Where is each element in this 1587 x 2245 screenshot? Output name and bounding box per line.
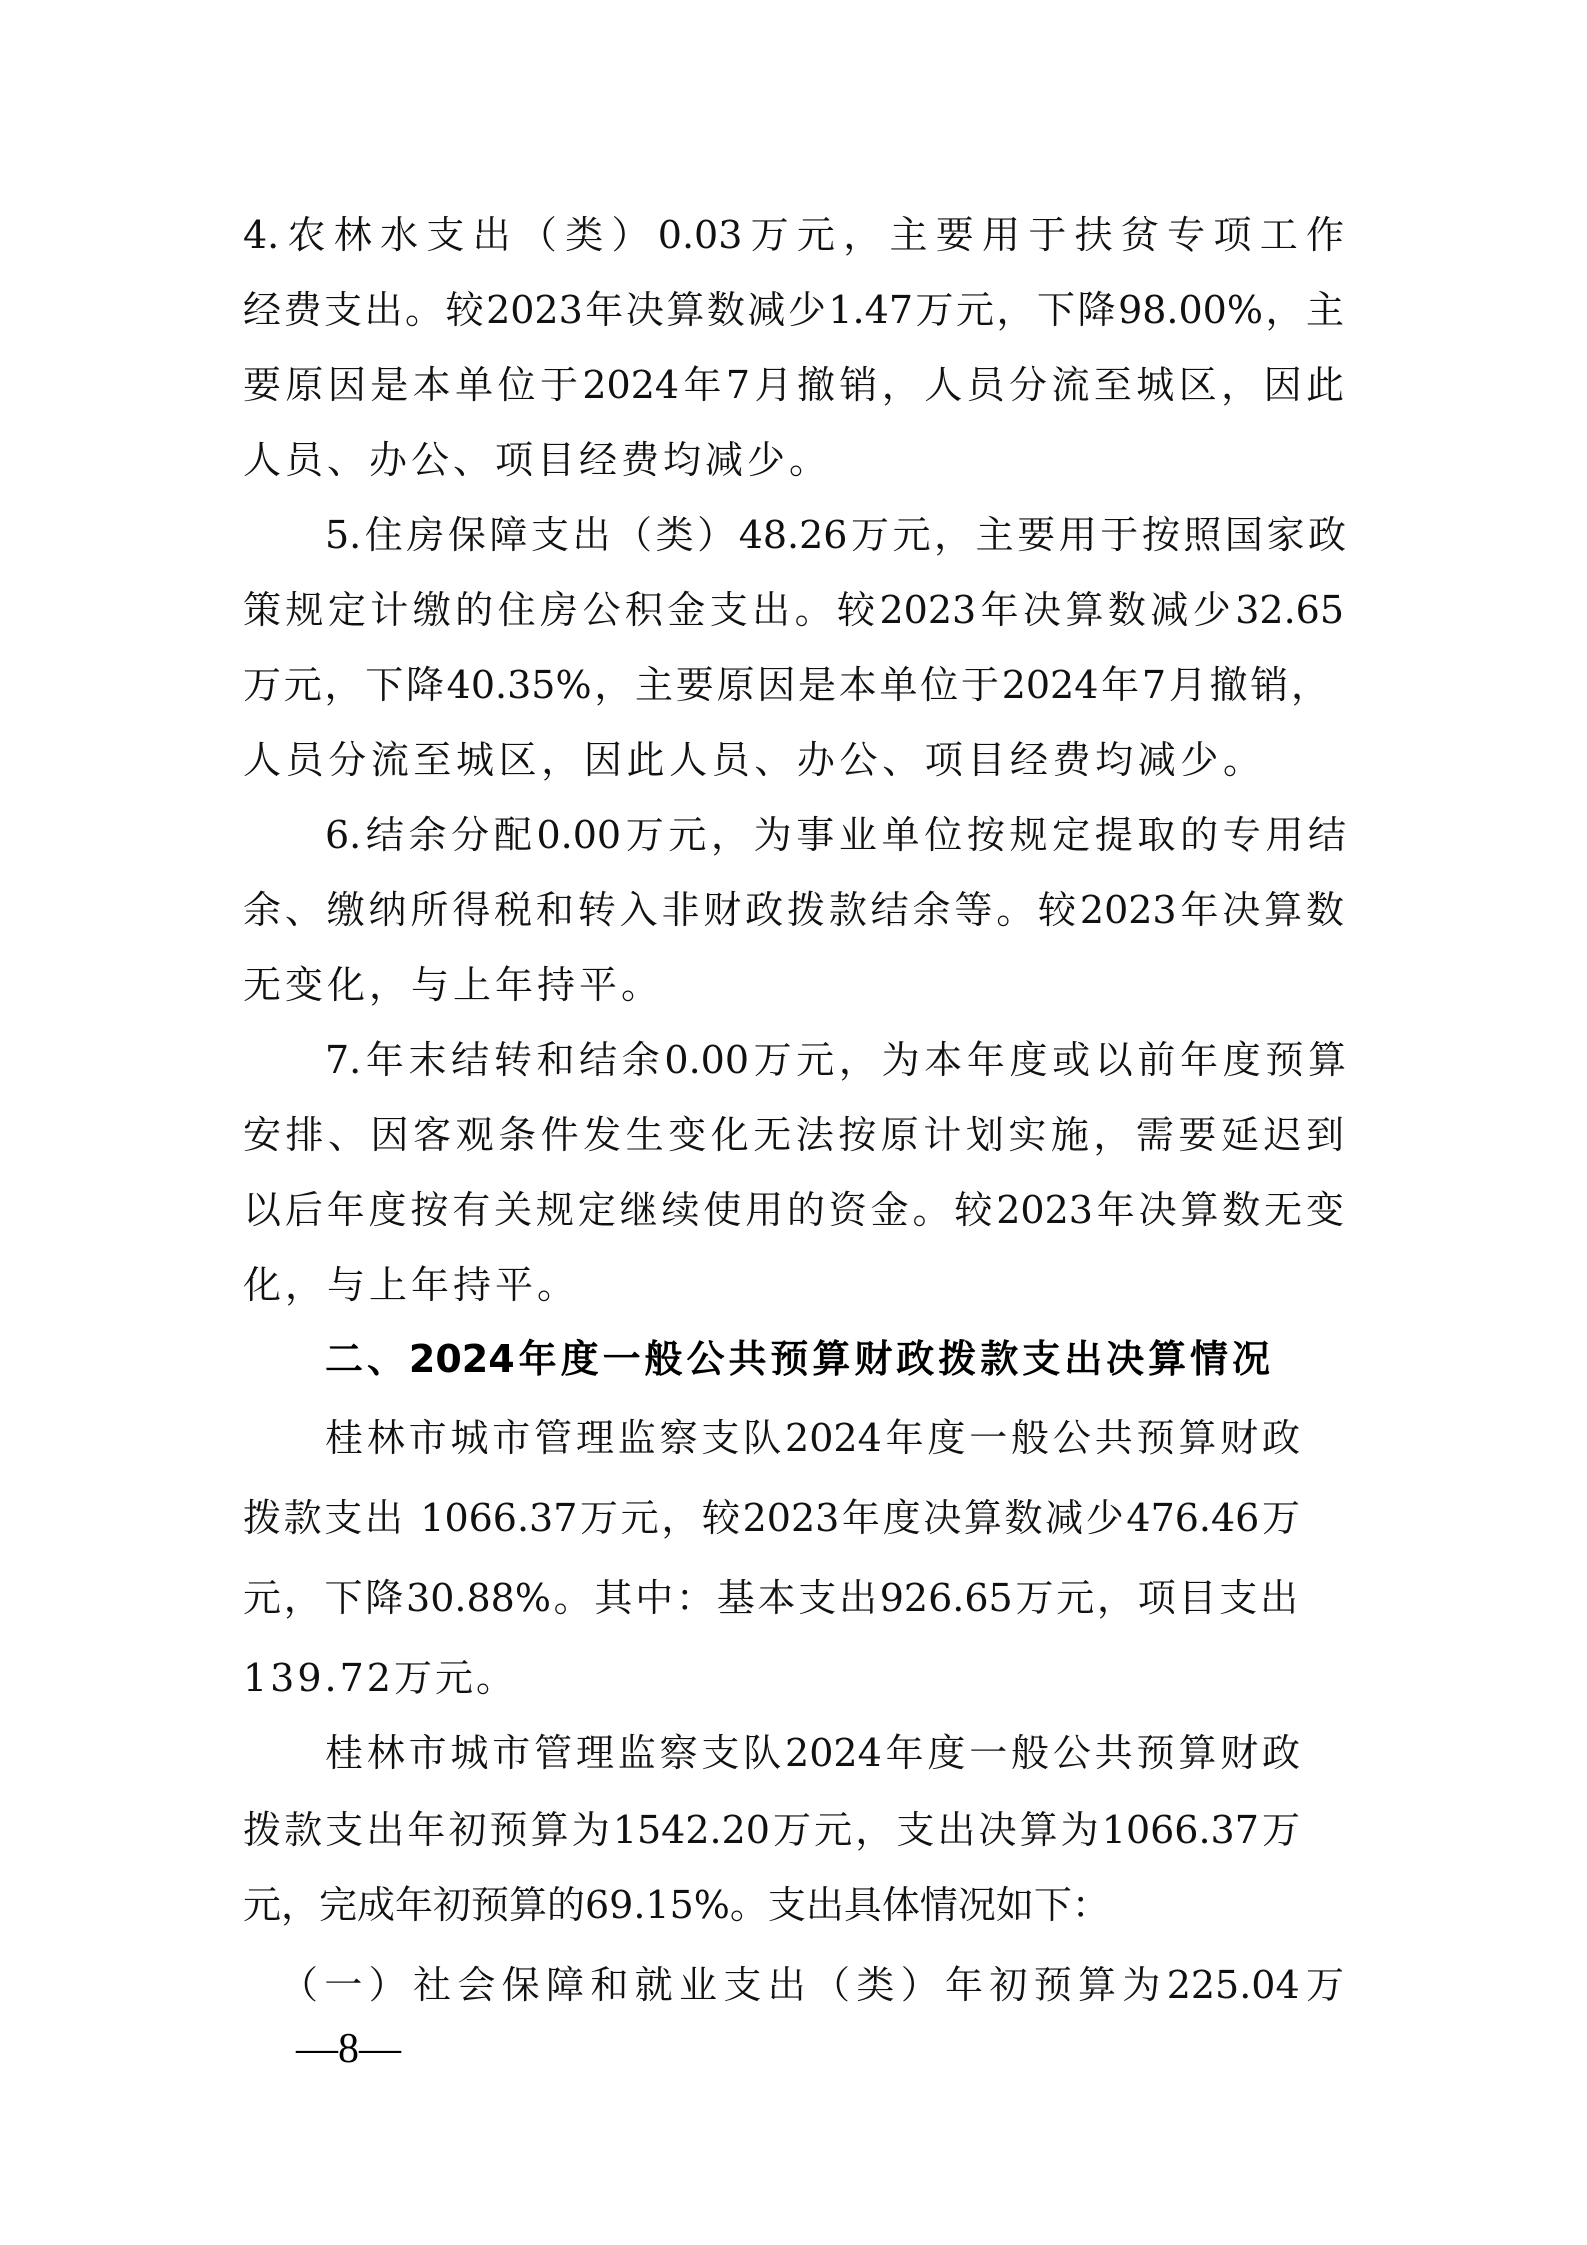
para-4-line-1: 4.农林水支出（类）0.03万元，主要用于扶贫专项工作 xyxy=(243,211,1344,259)
para-summary-line-3: 元，下降30.88%。其中：基本支出926.65万元，项目支出 xyxy=(243,1574,1298,1622)
para-6-line-2: 余、缴纳所得税和转入非财政拨款结余等。较2023年决算数 xyxy=(243,886,1344,934)
page-number: —8— xyxy=(296,2024,396,2074)
para-4-line-3: 要原因是本单位于2024年7月撤销，人员分流至城区，因此 xyxy=(243,361,1344,409)
para-5-line-2: 策规定计缴的住房公积金支出。较2023年决算数减少32.65 xyxy=(243,586,1344,634)
section-heading: 二、2024年度一般公共预算财政拨款支出决算情况 xyxy=(325,1335,1270,1383)
para-budget-line-3: 元，完成年初预算的69.15%。支出具体情况如下： xyxy=(243,1881,1069,1929)
para-5-line-3: 万元，下降40.35%，主要原因是本单位于2024年7月撤销， xyxy=(243,661,1329,709)
para-budget-line-2: 拨款支出年初预算为1542.20万元，支出决算为1066.37万 xyxy=(243,1806,1300,1854)
para-summary-line-2: 拨款支出 1066.37万元，较2023年度决算数减少476.46万 xyxy=(243,1494,1300,1542)
para-6-line-3: 无变化，与上年持平。 xyxy=(243,961,743,1009)
para-6-line-1: 6.结余分配0.00万元，为事业单位按规定提取的专用结 xyxy=(325,811,1346,859)
para-7-line-2: 安排、因客观条件发生变化无法按原计划实施，需要延迟到 xyxy=(243,1111,1344,1159)
para-summary-line-1: 桂林市城市管理监察支队2024年度一般公共预算财政 xyxy=(325,1414,1300,1462)
para-7-line-3: 以后年度按有关规定继续使用的资金。较2023年决算数无变 xyxy=(243,1186,1344,1234)
para-item-1-line-1: （一）社会保障和就业支出（类）年初预算为225.04万 xyxy=(280,1961,1344,2009)
para-7-line-1: 7.年末结转和结余0.00万元，为本年度或以前年度预算 xyxy=(325,1036,1346,1084)
para-5-line-1: 5.住房保障支出（类）48.26万元，主要用于按照国家政 xyxy=(325,511,1346,559)
para-summary-line-4: 139.72万元。 xyxy=(243,1654,563,1702)
para-5-line-4: 人员分流至城区，因此人员、办公、项目经费均减少。 xyxy=(243,736,1261,784)
para-4-line-2: 经费支出。较2023年决算数减少1.47万元，下降98.00%，主 xyxy=(243,286,1344,334)
para-4-line-4: 人员、办公、项目经费均减少。 xyxy=(243,436,943,484)
para-budget-line-1: 桂林市城市管理监察支队2024年度一般公共预算财政 xyxy=(325,1729,1300,1777)
para-7-line-4: 化，与上年持平。 xyxy=(243,1261,643,1309)
document-page: 4.农林水支出（类）0.03万元，主要用于扶贫专项工作 经费支出。较2023年决… xyxy=(0,0,1587,2245)
